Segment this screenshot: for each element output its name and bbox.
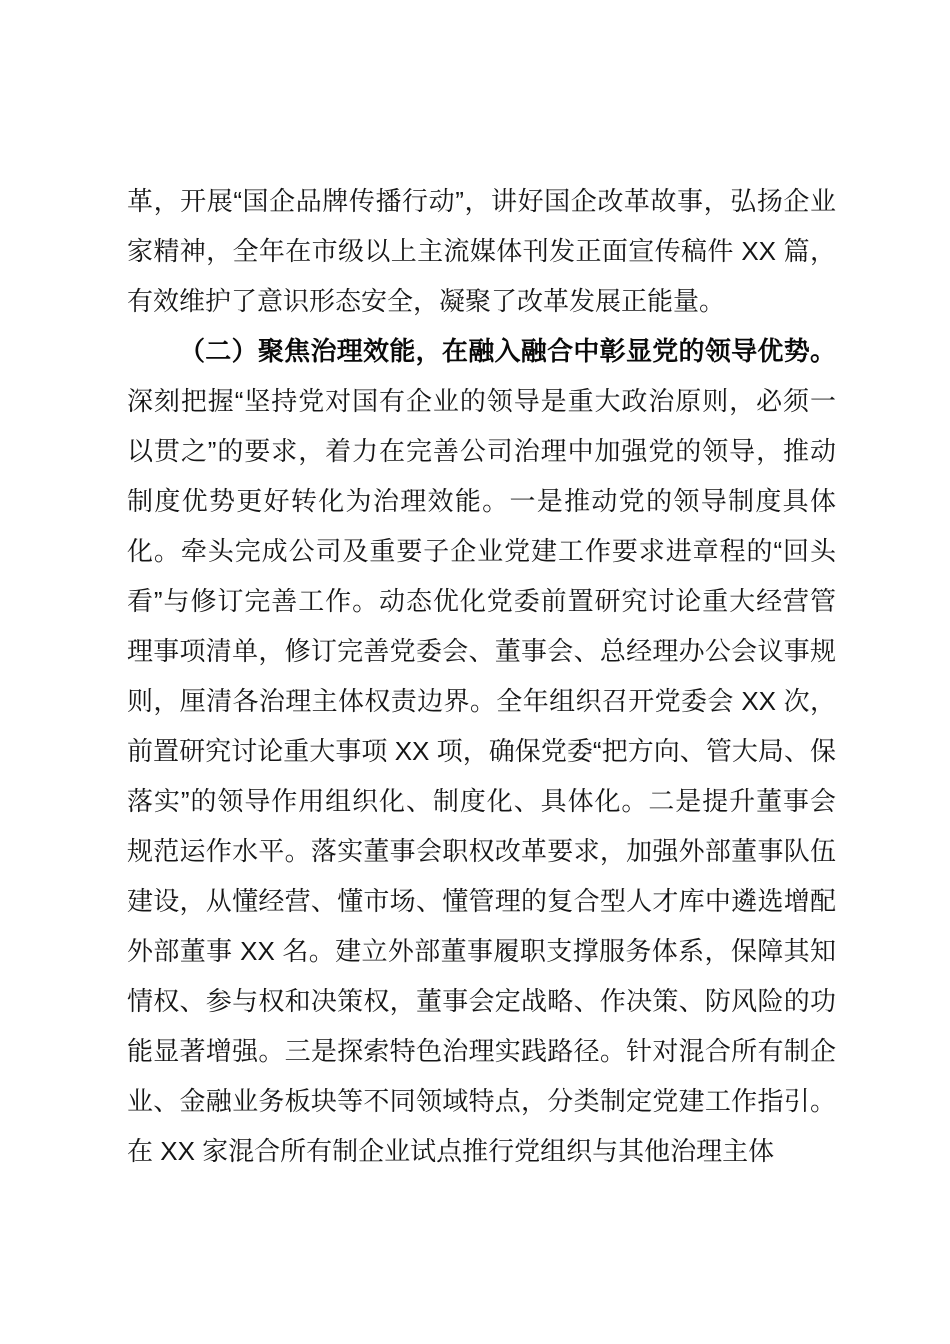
- paragraph-continuation: 革，开展“国企品牌传播行动”，讲好国企改革故事，弘扬企业家精神，全年在市级以上主…: [127, 176, 836, 326]
- document-page: 革，开展“国企品牌传播行动”，讲好国企改革故事，弘扬企业家精神，全年在市级以上主…: [0, 0, 950, 1344]
- section-body-text: 深刻把握“坚持党对国有企业的领导是重大政治原则，必须一以贯之”的要求，着力在完善…: [127, 386, 836, 1166]
- document-text: 革，开展“国企品牌传播行动”，讲好国企改革故事，弘扬企业家精神，全年在市级以上主…: [127, 176, 836, 1176]
- section-paragraph: （二）聚焦治理效能，在融入融合中彰显党的领导优势。深刻把握“坚持党对国有企业的领…: [127, 326, 836, 1176]
- section-heading: （二）聚焦治理效能，在融入融合中彰显党的领导优势。: [179, 336, 836, 366]
